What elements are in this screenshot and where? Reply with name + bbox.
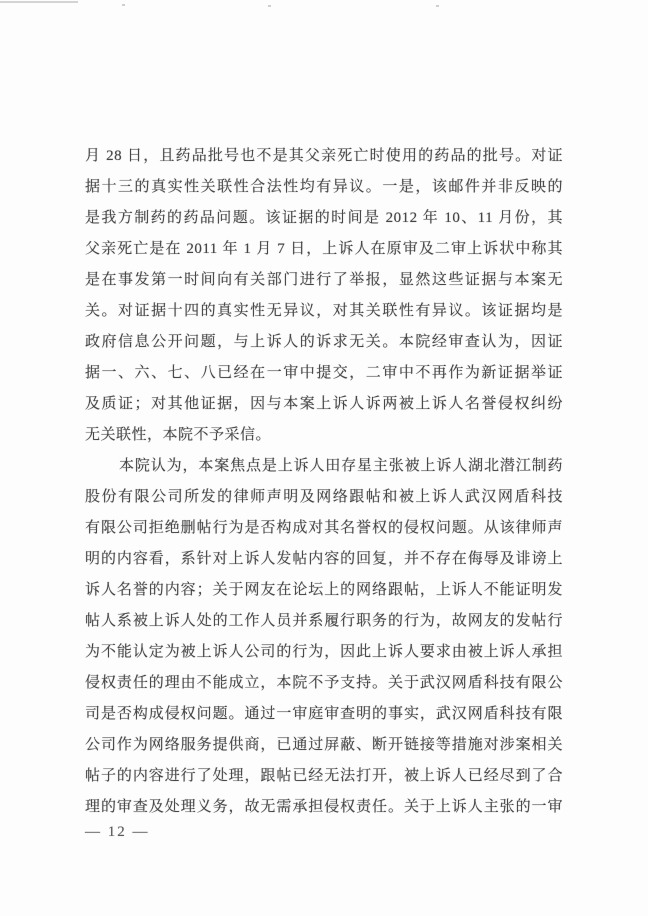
text-line: 据一、六、七、八已经在一审中提交，二审中不再作为新证据举证 [85, 358, 563, 389]
page-number: — 12 — [85, 824, 150, 841]
text-line: 关。对证据十四的真实性无异议，对其关联性有异议。该证据均是 [85, 296, 563, 327]
text-line: 父亲死亡是在 2011 年 1 月 7 日，上诉人在原审及二审上诉状中称其 [85, 234, 563, 265]
text-line: 帖人系被上诉人处的工作人员并系履行职务的行为，故网友的发帖行 [85, 606, 563, 637]
text-line: 明的内容看，系针对上诉人发帖内容的回复，并不存在侮辱及诽谤上 [85, 544, 563, 575]
text-line: 侵权责任的理由不能成立，本院不予支持。关于武汉网盾科技有限公 [85, 668, 563, 699]
text-line: 据十三的真实性关联性合法性均有异议。一是，该邮件并非反映的 [85, 172, 563, 203]
text-line: 政府信息公开问题，与上诉人的诉求无关。本院经审查认为，因证 [85, 327, 563, 358]
text-line: 本院认为，本案焦点是上诉人田存星主张被上诉人湖北潜江制药 [85, 451, 563, 482]
text-line: 月 28 日，且药品批号也不是其父亲死亡时使用的药品的批号。对证 [85, 141, 563, 172]
text-line: 理的审查及处理义务，故无需承担侵权责任。关于上诉人主张的一审 [85, 792, 563, 823]
scan-artifact-speck [122, 4, 125, 6]
text-line: 诉人名誉的内容；关于网友在论坛上的网络跟帖，上诉人不能证明发 [85, 575, 563, 606]
text-line: 无关联性，本院不予采信。 [85, 420, 563, 451]
text-line: 是在事发第一时间向有关部门进行了举报，显然这些证据与本案无 [85, 265, 563, 296]
text-line: 有限公司拒绝删帖行为是否构成对其名誉权的侵权问题。从该律师声 [85, 513, 563, 544]
text-line: 及质证；对其他证据，因与本案上诉人诉两被上诉人名誉侵权纠纷 [85, 389, 563, 420]
scanned-document-page: 月 28 日，且药品批号也不是其父亲死亡时使用的药品的批号。对证据十三的真实性关… [0, 0, 648, 916]
text-line: 为不能认定为被上诉人公司的行为，因此上诉人要求由被上诉人承担 [85, 637, 563, 668]
text-line: 是我方制药的药品问题。该证据的时间是 2012 年 10、11 月份，其 [85, 203, 563, 234]
scan-artifact-speck [268, 5, 271, 7]
text-line: 公司作为网络服务提供商，已通过屏蔽、断开链接等措施对涉案相关 [85, 730, 563, 761]
scan-artifact-top-edge [0, 1, 78, 3]
text-line: 帖子的内容进行了处理，跟帖已经无法打开，被上诉人已经尽到了合 [85, 761, 563, 792]
text-line: 司是否构成侵权问题。通过一审庭审查明的事实，武汉网盾科技有限 [85, 699, 563, 730]
text-line: 股份有限公司所发的律师声明及网络跟帖和被上诉人武汉网盾科技 [85, 482, 563, 513]
scan-artifact-speck [436, 5, 439, 7]
document-body-text: 月 28 日，且药品批号也不是其父亲死亡时使用的药品的批号。对证据十三的真实性关… [85, 141, 563, 823]
